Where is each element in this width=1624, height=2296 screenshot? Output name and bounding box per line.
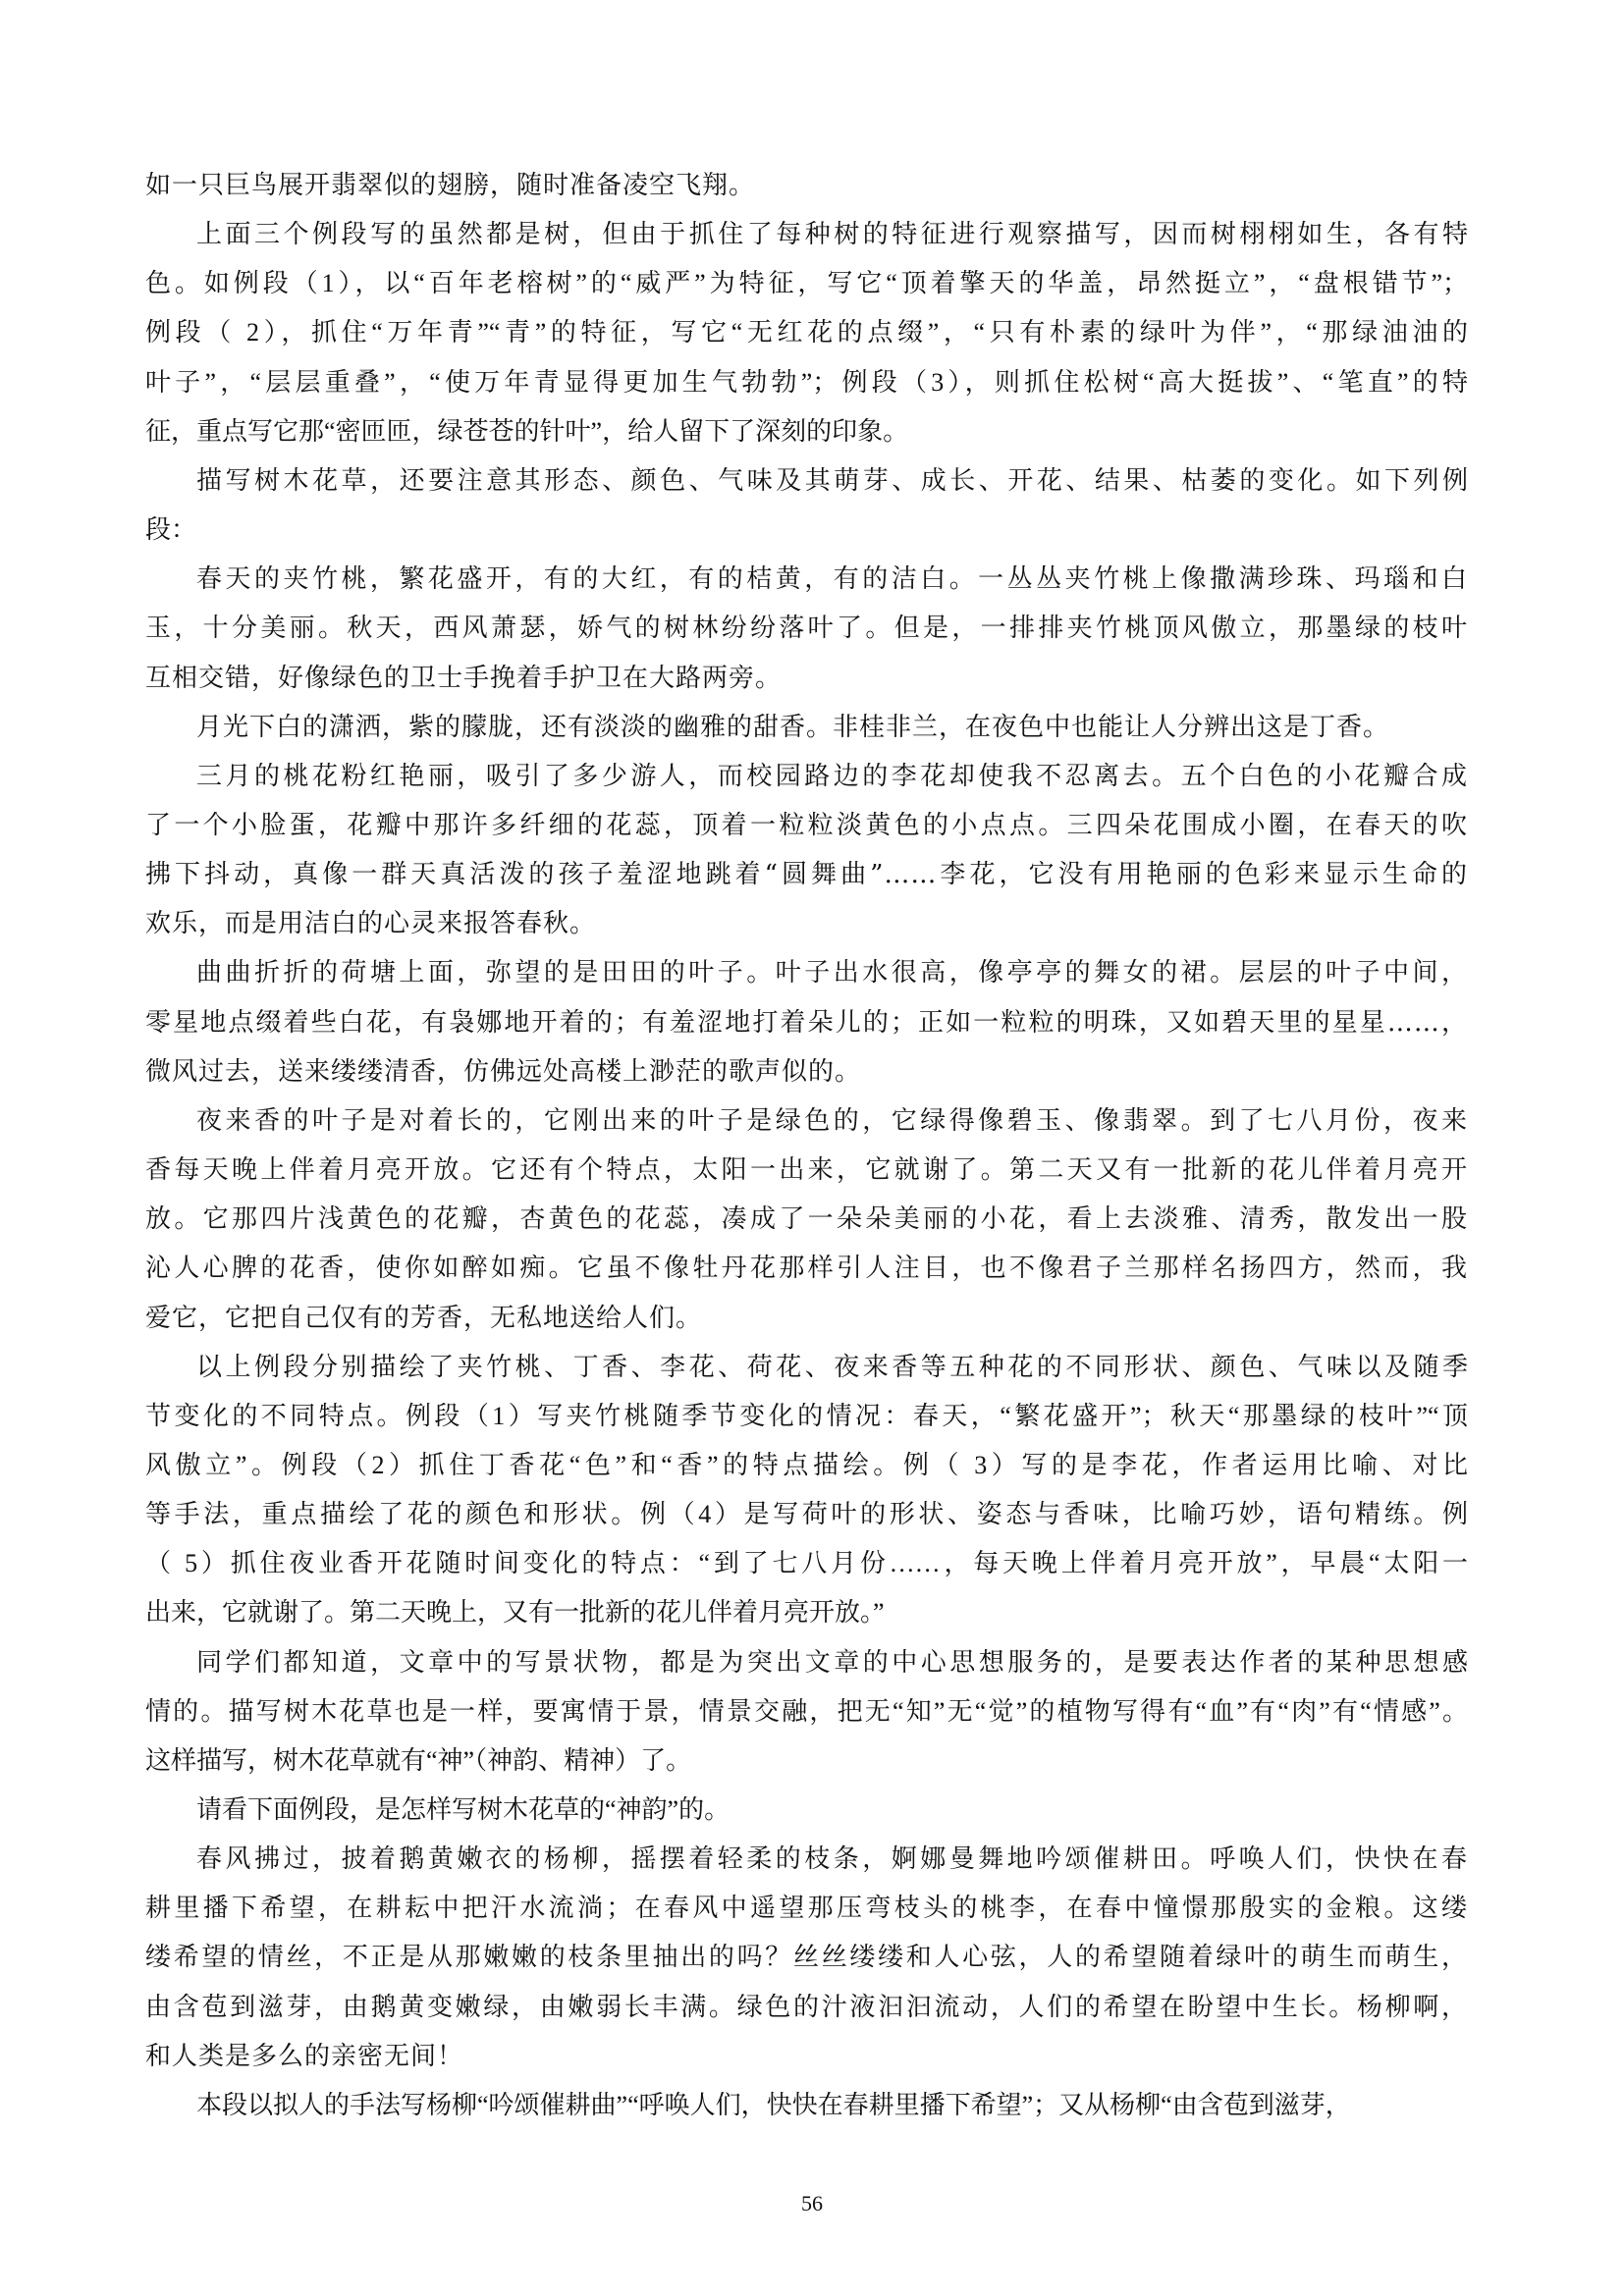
text-line: 春风拂过，披着鹅黄嫩衣的杨柳，摇摆着轻柔的枝条，婀娜曼舞地吟颂催耕田。呼唤人们，…: [196, 1842, 1468, 1876]
text-line: 请看下面例段，是怎样写树木花草的“神韵”的。: [196, 1793, 1468, 1827]
text-line: 出来，它就谢了。第二天晚上，又有一批新的花儿伴着月亮开放。”: [145, 1596, 1468, 1629]
text-line: 夜来香的叶子是对着长的，它刚出来的叶子是绿色的，它绿得像碧玉、像翡翠。到了七八月…: [196, 1104, 1468, 1138]
text-line: 等手法，重点描绘了花的颜色和形状。例（4）是写荷叶的形状、姿态与香味，比喻巧妙，…: [145, 1498, 1468, 1531]
text-line: 缕希望的情丝，不正是从那嫩嫩的枝条里抽出的吗？丝丝缕缕和人心弦，人的希望随着绿叶…: [145, 1941, 1468, 1974]
page-number: 56: [0, 2191, 1624, 2216]
text-line: 如一只巨鸟展开翡翠似的翅膀，随时准备凌空飞翔。: [145, 169, 1468, 202]
text-line: 同学们都知道，文章中的写景状物，都是为突出文章的中心思想服务的，是要表达作者的某…: [196, 1646, 1468, 1680]
text-line: 放。它那四片浅黄色的花瓣，杏黄色的花蕊，凑成了一朵朵美丽的小花，看上去淡雅、清秀…: [145, 1202, 1468, 1236]
text-line: 以上例段分别描绘了夹竹桃、丁香、李花、荷花、夜来香等五种花的不同形状、颜色、气味…: [196, 1351, 1468, 1384]
text-line: 互相交错，好像绿色的卫士手挽着手护卫在大路两旁。: [145, 662, 1468, 695]
text-line: 月光下白的潇洒，紫的朦胧，还有淡淡的幽雅的甜香。非桂非兰，在夜色中也能让人分辨出…: [196, 711, 1468, 744]
text-line: 节变化的不同特点。例段（1）写夹竹桃随季节变化的情况：春天，“繁花盛开”；秋天“…: [145, 1400, 1468, 1433]
text-line: 欢乐，而是用洁白的心灵来报答春秋。: [145, 907, 1468, 940]
text-line: 这样描写，树木花草就有“神”（神韵、精神）了。: [145, 1744, 1468, 1778]
text-line: 零星地点缀着些白花，有袅娜地开着的；有羞涩地打着朵儿的；正如一粒粒的明珠，又如碧…: [145, 1006, 1468, 1040]
text-line: 本段以拟人的手法写杨柳“吟颂催耕曲”“呼唤人们，快快在春耕里播下希望”；又从杨柳…: [196, 2089, 1468, 2122]
text-line: （ 5）抓住夜业香开花随时间变化的特点：“到了七八月份……，每天晚上伴着月亮开放…: [145, 1547, 1468, 1580]
text-line: 春天的夹竹桃，繁花盛开，有的大红，有的桔黄，有的洁白。一丛丛夹竹桃上像撒满珍珠、…: [196, 562, 1468, 596]
text-line: 沁人心脾的花香，使你如醉如痴。它虽不像牡丹花那样引人注目，也不像君子兰那样名扬四…: [145, 1252, 1468, 1285]
text-line: 风傲立”。例段（2）抓住丁香花“色”和“香”的特点描绘。例（ 3）写的是李花，作…: [145, 1449, 1468, 1482]
text-line: 和人类是多么的亲密无间！: [145, 2040, 1468, 2073]
text-line: 拂下抖动，真像一群天真活泼的孩子羞涩地跳着“圆舞曲”……李花，它没有用艳丽的色彩…: [145, 858, 1468, 891]
text-line: 爱它，它把自己仅有的芳香，无私地送给人们。: [145, 1302, 1468, 1335]
text-line: 情的。描写树木花草也是一样，要寓情于景，情景交融，把无“知”无“觉”的植物写得有…: [145, 1695, 1468, 1729]
text-line: 段：: [145, 513, 1468, 547]
text-line: 描写树木花草，还要注意其形态、颜色、气味及其萌芽、成长、开花、结果、枯萎的变化。…: [196, 464, 1468, 498]
text-line: 色。如例段（1），以“百年老榕树”的“威严”为特征，写它“顶着擎天的华盖，昂然挺…: [145, 267, 1468, 300]
text-line: 三月的桃花粉红艳丽，吸引了多少游人，而校园路边的李花却使我不忍离去。五个白色的小…: [196, 760, 1468, 793]
text-line: 叶子”，“层层重叠”，“使万年青显得更加生气勃勃”；例段（3），则抓住松树“高大…: [145, 366, 1468, 400]
text-line: 微风过去，送来缕缕清香，仿佛远处高楼上渺茫的歌声似的。: [145, 1055, 1468, 1089]
text-line: 了一个小脸蛋，花瓣中那许多纤细的花蕊，顶着一粒粒淡黄色的小点点。三四朵花围成小圈…: [145, 809, 1468, 842]
text-line: 上面三个例段写的虽然都是树，但由于抓住了每种树的特征进行观察描写，因而树栩栩如生…: [196, 218, 1468, 251]
text-line: 曲曲折折的荷塘上面，弥望的是田田的叶子。叶子出水很高，像亭亭的舞女的裙。层层的叶…: [196, 956, 1468, 989]
text-line: 征，重点写它那“密匝匝，绿苍苍的针叶”，给人留下了深刻的印象。: [145, 415, 1468, 449]
text-line: 例段（ 2），抓住“万年青”“青”的特征，写它“无红花的点缀”，“只有朴素的绿叶…: [145, 316, 1468, 349]
text-line: 耕里播下希望，在耕耘中把汗水流淌；在春风中遥望那压弯枝头的桃李，在春中憧憬那殷实…: [145, 1892, 1468, 1925]
text-line: 玉，十分美丽。秋天，西风萧瑟，娇气的树林纷纷落叶了。但是，一排排夹竹桃顶风傲立，…: [145, 612, 1468, 645]
document-page: 如一只巨鸟展开翡翠似的翅膀，随时准备凌空飞翔。上面三个例段写的虽然都是树，但由于…: [0, 0, 1624, 2296]
text-line: 由含苞到滋芽，由鹅黄变嫩绿，由嫩弱长丰满。绿色的汁液汩汩流动，人们的希望在盼望中…: [145, 1991, 1468, 2024]
text-line: 香每天晚上伴着月亮开放。它还有个特点，太阳一出来，它就谢了。第二天又有一批新的花…: [145, 1153, 1468, 1187]
